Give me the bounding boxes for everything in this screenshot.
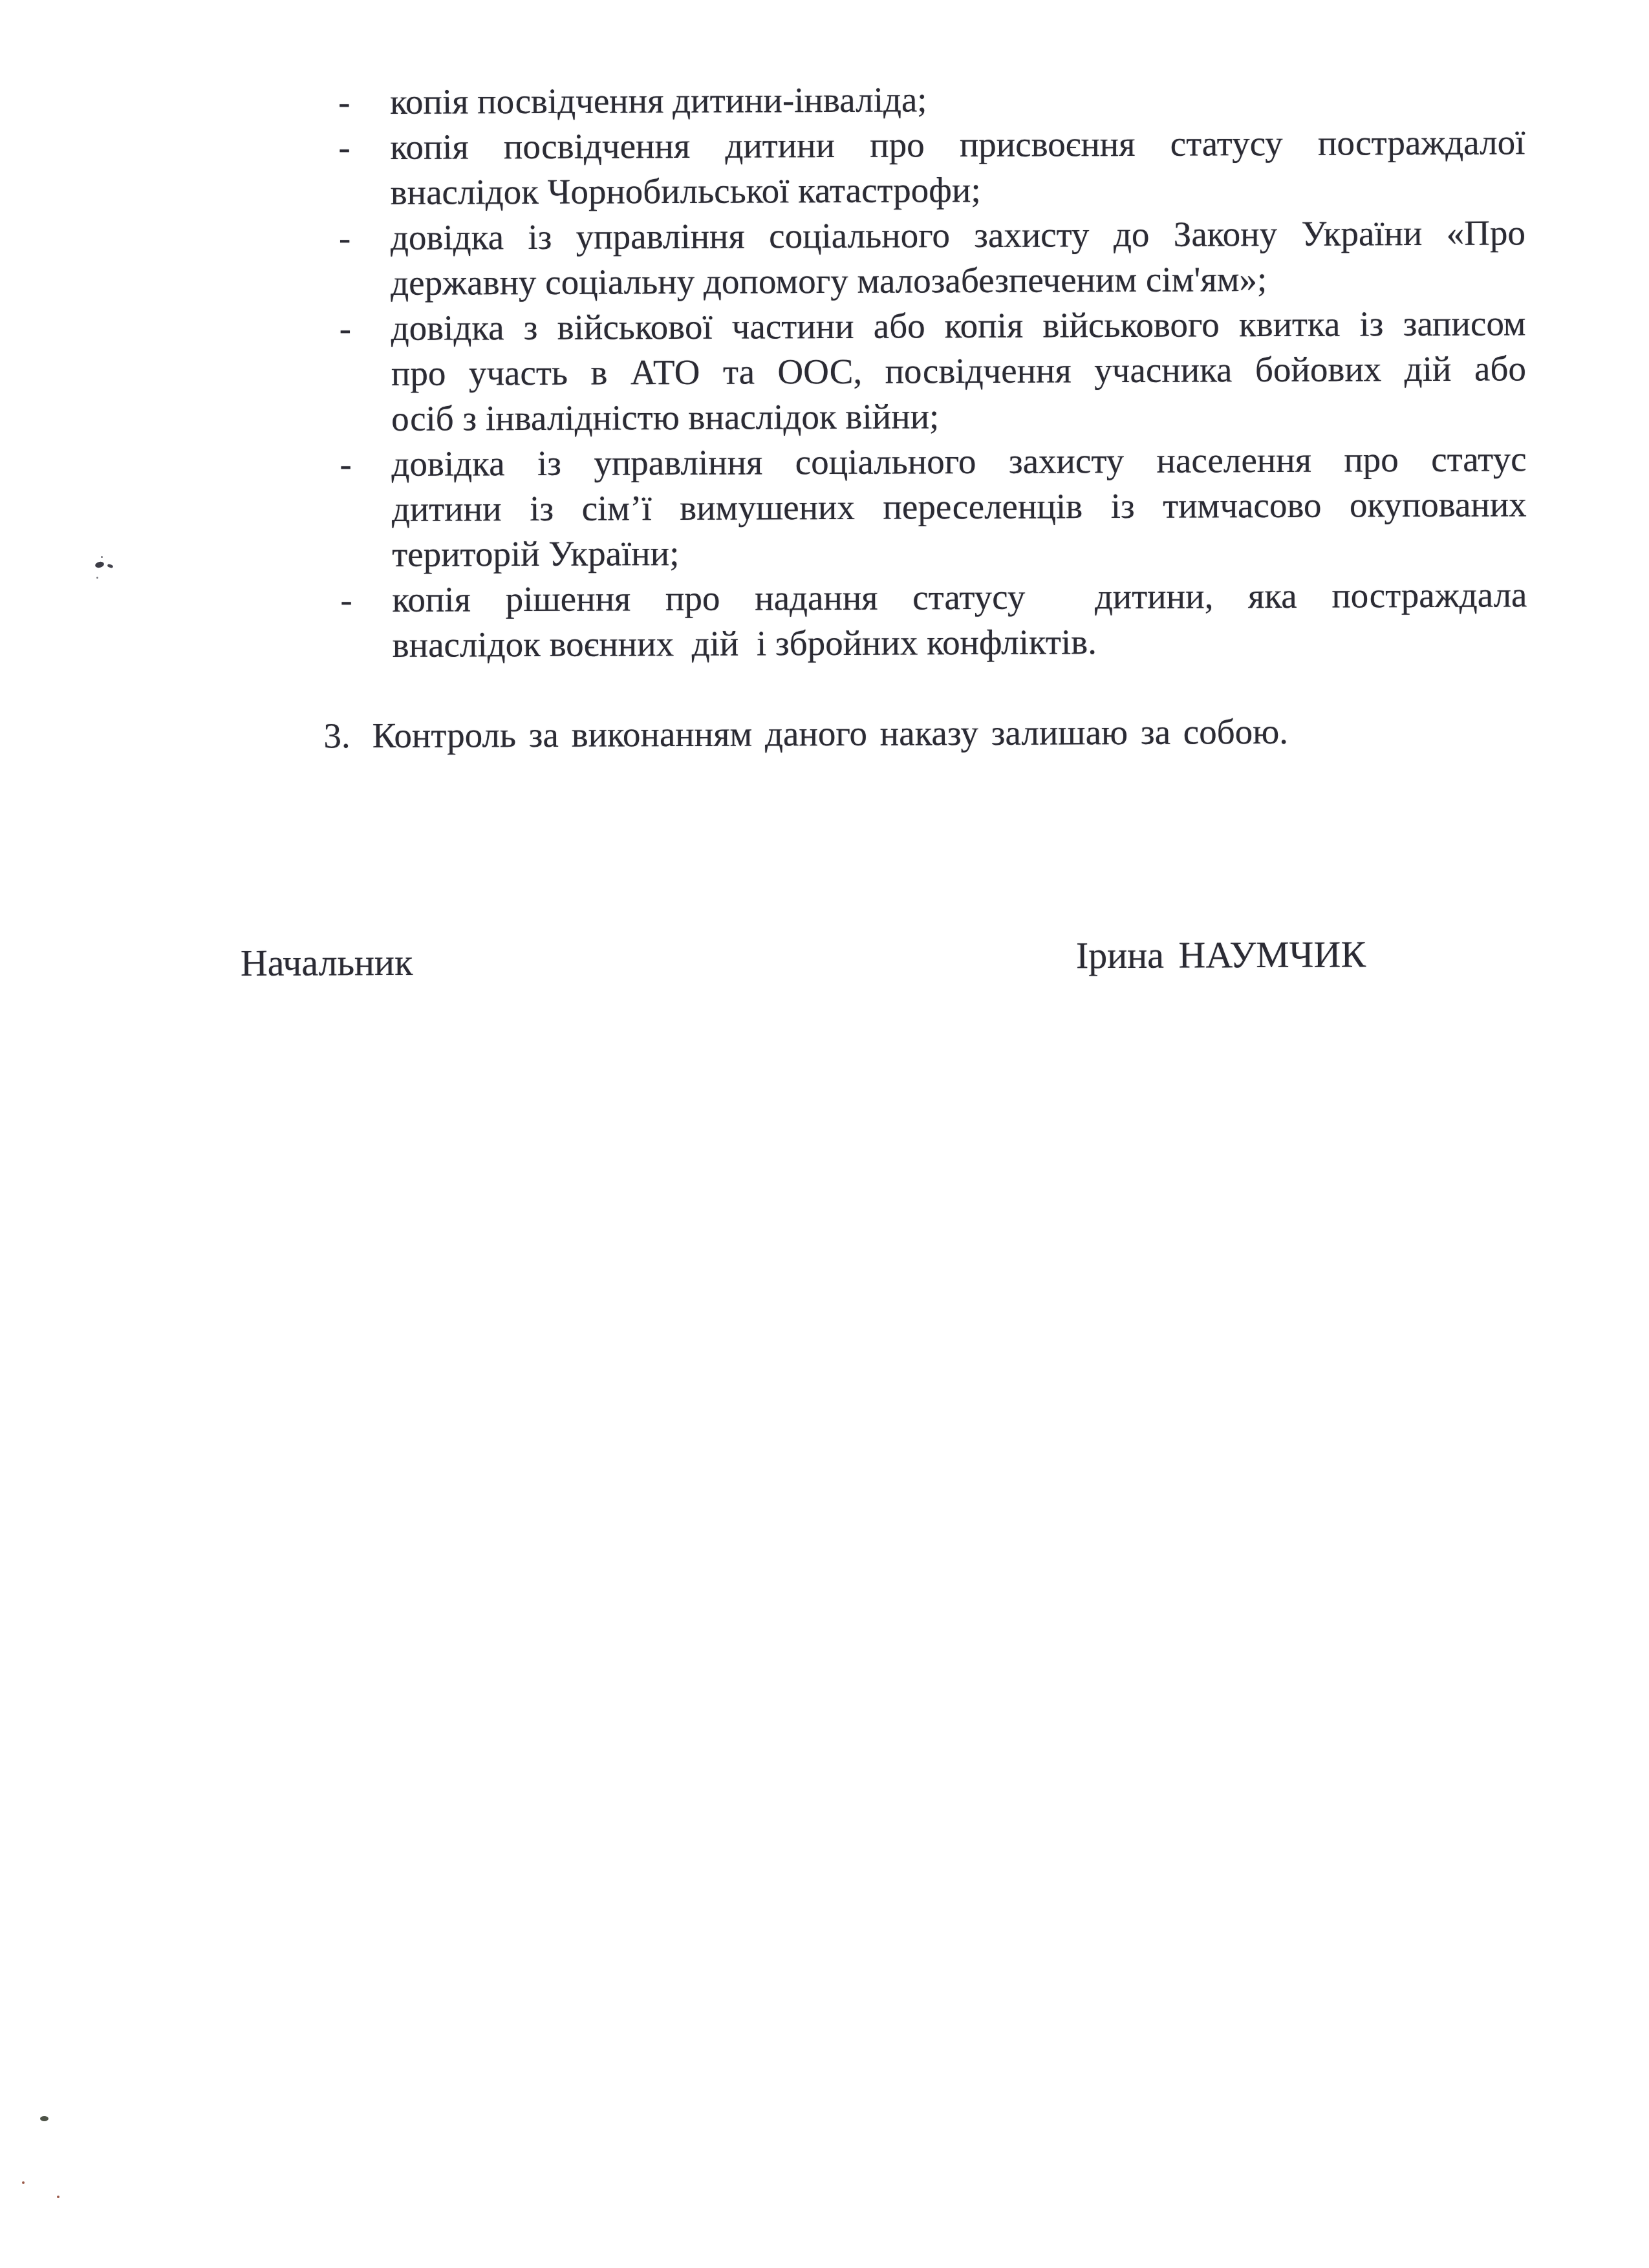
document-list: - копія посвідчення дитини-інваліда; - к… bbox=[338, 74, 1527, 668]
scan-speck bbox=[96, 577, 98, 579]
scan-speck bbox=[101, 556, 103, 558]
list-item-text: осіб з інвалідністю внаслідок війни; bbox=[391, 391, 1526, 442]
list-item: - копія посвідчення дитини-інваліда; bbox=[338, 74, 1525, 125]
clause-text: Контроль за виконанням даного наказу зал… bbox=[372, 712, 1288, 755]
dash-bullet: - bbox=[339, 306, 365, 351]
list-item-text: про участь в АТО та ООС, посвідчення уча… bbox=[391, 346, 1526, 396]
list-item-text: територій України; bbox=[392, 527, 1527, 577]
list-item-text: копія посвідчення дитини-інваліда; bbox=[390, 74, 1525, 125]
scanned-page: - копія посвідчення дитини-інваліда; - к… bbox=[0, 0, 1649, 2268]
list-item-text: дитини із сім’ї вимушених переселенців і… bbox=[392, 482, 1527, 532]
list-item: - копія посвідчення дитини про присвоєнн… bbox=[338, 120, 1525, 215]
signature-title: Начальник bbox=[241, 938, 413, 988]
list-item-text: внаслідок Чорнобильської катастрофи; bbox=[391, 165, 1525, 215]
dash-bullet: - bbox=[340, 577, 366, 623]
control-clause: 3.Контроль за виконанням даного наказу з… bbox=[288, 664, 1289, 804]
list-item-text: державну соціальну допомогу малозабезпеч… bbox=[391, 255, 1525, 306]
list-item-text: копія рішення про надання статусу дитини… bbox=[392, 572, 1527, 623]
list-item-text: внаслідок воєнних дій і збройних конфлік… bbox=[393, 617, 1527, 668]
list-item-text: довідка із управління соціального захист… bbox=[391, 436, 1526, 487]
scan-speck bbox=[40, 2116, 48, 2121]
list-item-text: копія посвідчення дитини про присвоєння … bbox=[390, 120, 1525, 170]
clause-number: 3. bbox=[323, 716, 350, 755]
scan-speck bbox=[22, 2181, 25, 2184]
list-item: - копія рішення про надання статусу дити… bbox=[340, 572, 1527, 668]
dash-bullet: - bbox=[338, 125, 364, 170]
list-item-text: довідка із управління соціального захист… bbox=[391, 210, 1525, 261]
list-item: - довідка з військової частини або копія… bbox=[339, 301, 1526, 442]
scan-speck bbox=[57, 2196, 59, 2198]
signature-name: Ірина НАУМЧИК bbox=[1076, 930, 1366, 980]
dash-bullet: - bbox=[338, 80, 364, 125]
list-item: - довідка із управління соціального захи… bbox=[339, 210, 1526, 306]
dash-bullet: - bbox=[339, 442, 365, 487]
signature-row: Начальник Ірина НАУМЧИК bbox=[3, 932, 1649, 991]
list-item-text: довідка з військової частини або копія в… bbox=[391, 301, 1525, 351]
list-item: - довідка із управління соціального захи… bbox=[339, 436, 1527, 577]
dash-bullet: - bbox=[339, 215, 365, 261]
